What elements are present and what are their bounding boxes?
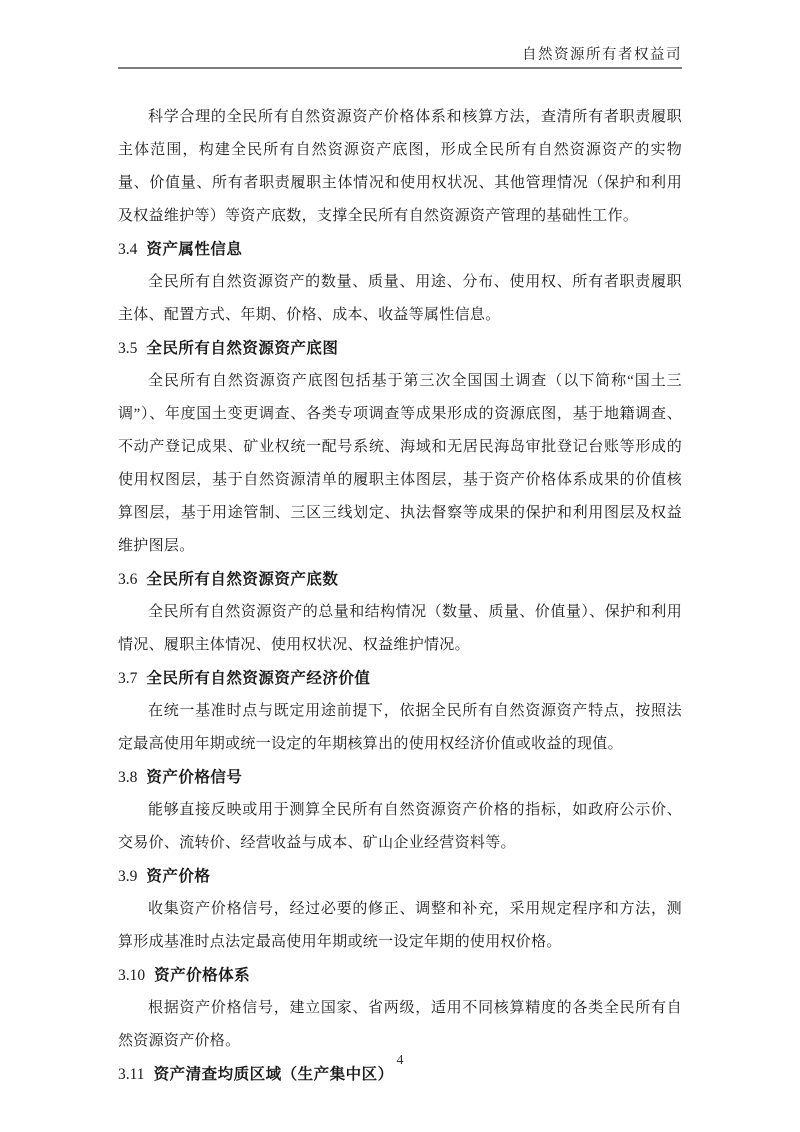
section-body: 全民所有自然资源资产的数量、质量、用途、分布、使用权、所有者职责履职主体、配置方…: [118, 266, 682, 332]
terminology-section: 3.8资产价格信号 能够直接反映或用于测算全民所有自然资源资产价格的指标，如政府…: [118, 761, 682, 860]
section-title: 资产属性信息: [146, 241, 242, 258]
section-body: 能够直接反映或用于测算全民所有自然资源资产价格的指标，如政府公示价、交易价、流转…: [118, 794, 682, 860]
section-number: 3.7: [118, 670, 137, 687]
section-title: 资产价格信号: [146, 769, 242, 786]
document-page: 自然资源所有者权益司 科学合理的全民所有自然资源资产价格体系和核算方法，查清所有…: [0, 0, 800, 1132]
section-number: 3.5: [118, 340, 137, 357]
section-number: 3.6: [118, 571, 137, 588]
section-body: 全民所有自然资源资产底图包括基于第三次全国国土调查（以下简称“国土三调”）、年度…: [118, 365, 682, 563]
document-body: 科学合理的全民所有自然资源资产价格体系和核算方法，查清所有者职责履职主体范围，构…: [118, 101, 682, 1091]
section-heading: 3.9资产价格: [118, 860, 682, 893]
section-title: 全民所有自然资源资产底图: [146, 340, 338, 357]
section-body: 在统一基准时点与既定用途前提下，依据全民所有自然资源资产特点，按照法定最高使用年…: [118, 695, 682, 761]
section-title: 资产价格体系: [154, 967, 250, 984]
section-heading: 3.10资产价格体系: [118, 959, 682, 992]
sections-container: 3.4资产属性信息 全民所有自然资源资产的数量、质量、用途、分布、使用权、所有者…: [118, 233, 682, 1091]
section-heading: 3.5全民所有自然资源资产底图: [118, 332, 682, 365]
terminology-section: 3.4资产属性信息 全民所有自然资源资产的数量、质量、用途、分布、使用权、所有者…: [118, 233, 682, 332]
intro-paragraph: 科学合理的全民所有自然资源资产价格体系和核算方法，查清所有者职责履职主体范围，构…: [118, 101, 682, 233]
section-number: 3.9: [118, 868, 137, 885]
section-number: 3.8: [118, 769, 137, 786]
section-title: 全民所有自然资源资产底数: [146, 571, 338, 588]
section-body: 根据资产价格信号，建立国家、省两级，适用不同核算精度的各类全民所有自然资源资产价…: [118, 992, 682, 1058]
section-title: 资产价格: [146, 868, 210, 885]
header-department-title: 自然资源所有者权益司: [118, 46, 682, 65]
section-heading: 3.8资产价格信号: [118, 761, 682, 794]
section-body: 全民所有自然资源资产的总量和结构情况（数量、质量、价值量）、保护和利用情况、履职…: [118, 596, 682, 662]
terminology-section: 3.10资产价格体系 根据资产价格信号，建立国家、省两级，适用不同核算精度的各类…: [118, 959, 682, 1058]
terminology-section: 3.7全民所有自然资源资产经济价值 在统一基准时点与既定用途前提下，依据全民所有…: [118, 662, 682, 761]
section-heading: 3.7全民所有自然资源资产经济价值: [118, 662, 682, 695]
terminology-section: 3.5全民所有自然资源资产底图 全民所有自然资源资产底图包括基于第三次全国国土调…: [118, 332, 682, 563]
page-number: 4: [397, 1053, 404, 1068]
section-number: 3.10: [118, 967, 145, 984]
section-heading: 3.6全民所有自然资源资产底数: [118, 563, 682, 596]
page-footer: 4: [0, 1053, 800, 1069]
section-heading: 3.4资产属性信息: [118, 233, 682, 266]
page-header: 自然资源所有者权益司: [118, 0, 682, 69]
section-body: 收集资产价格信号，经过必要的修正、调整和补充，采用规定程序和方法，测算形成基准时…: [118, 893, 682, 959]
terminology-section: 3.6全民所有自然资源资产底数 全民所有自然资源资产的总量和结构情况（数量、质量…: [118, 563, 682, 662]
header-rule: [118, 67, 682, 69]
section-number: 3.4: [118, 241, 137, 258]
terminology-section: 3.9资产价格 收集资产价格信号，经过必要的修正、调整和补充，采用规定程序和方法…: [118, 860, 682, 959]
section-title: 全民所有自然资源资产经济价值: [146, 670, 370, 687]
